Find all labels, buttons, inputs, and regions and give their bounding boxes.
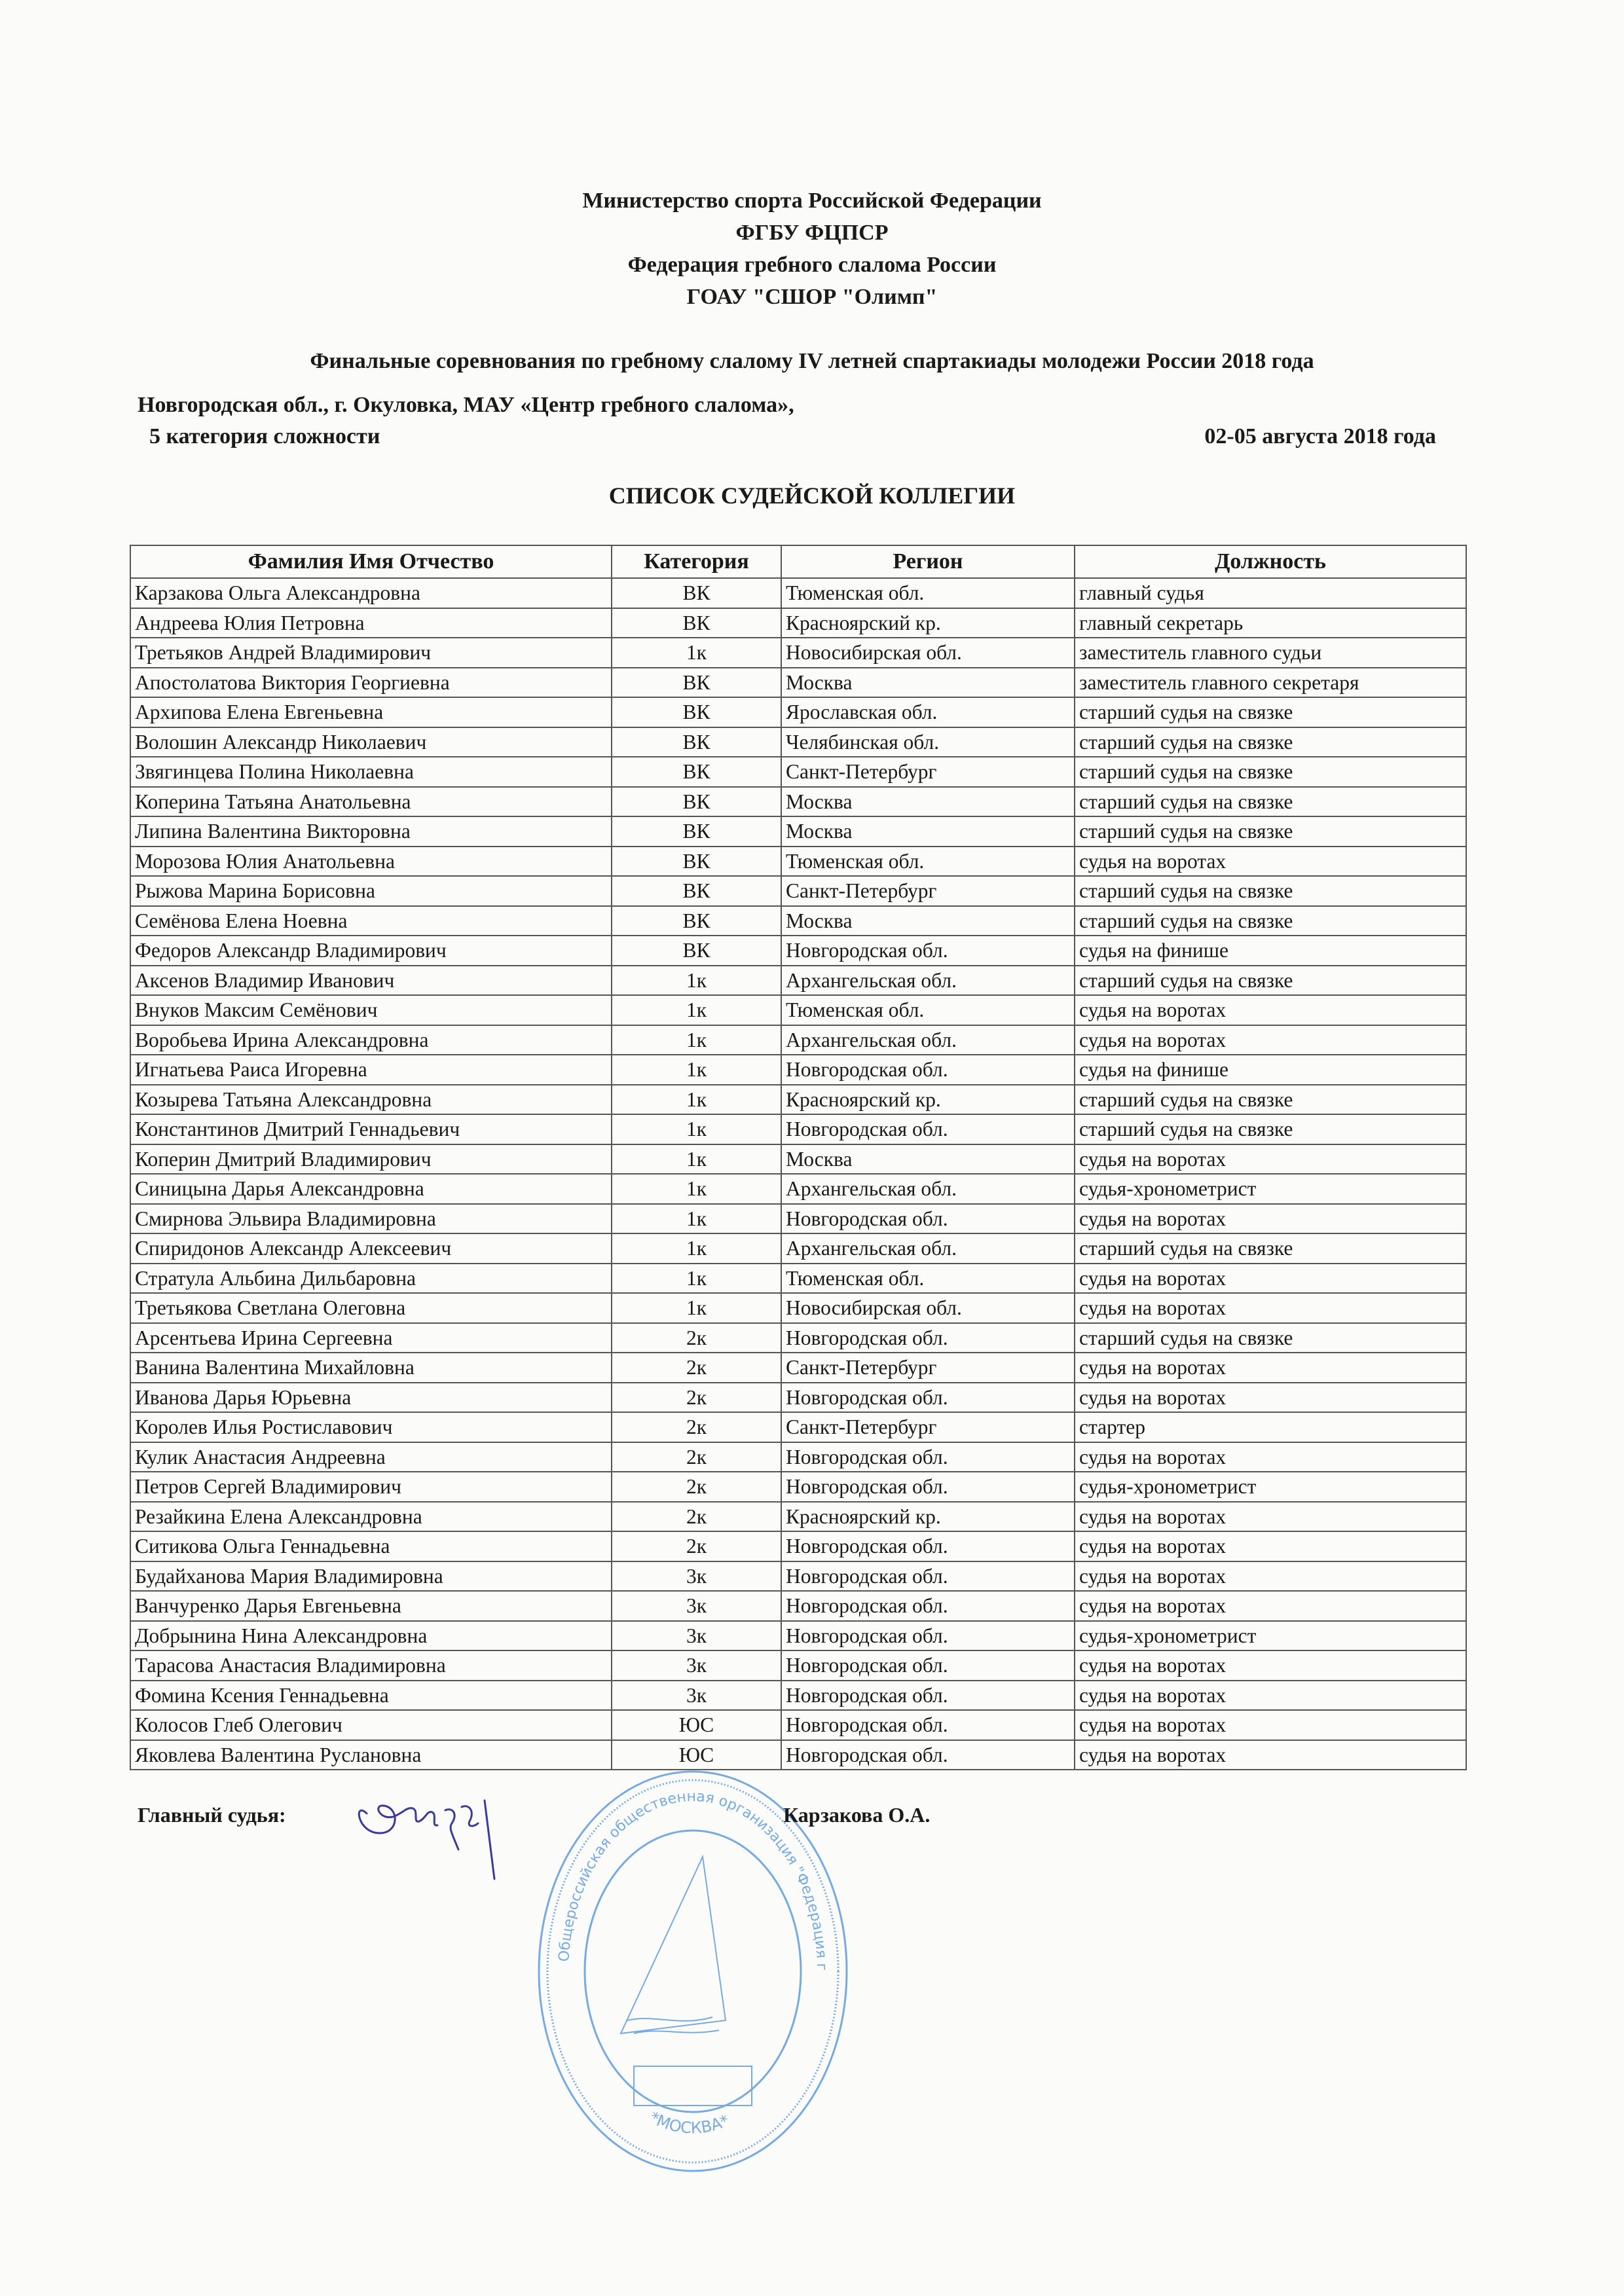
table-row: Аксенов Владимир Иванович1кАрхангельская… [130, 966, 1466, 996]
table-row: Третьякова Светлана Олеговна1кНовосибирс… [130, 1293, 1466, 1323]
judge-position: старший судья на связке [1075, 966, 1466, 996]
judge-name: Арсентьева Ирина Сергеевна [130, 1323, 612, 1353]
judge-region: Красноярский кр. [781, 1085, 1075, 1115]
judge-region: Новгородская обл. [781, 1621, 1075, 1651]
judge-region: Новгородская обл. [781, 1383, 1075, 1413]
judge-region: Новгородская обл. [781, 1650, 1075, 1681]
table-row: Смирнова Эльвира Владимировна1кНовгородс… [130, 1204, 1466, 1234]
judge-category: 3к [612, 1591, 781, 1621]
column-header-position: Должность [1075, 545, 1466, 578]
table-row: Третьяков Андрей Владимирович1кНовосибир… [130, 638, 1466, 668]
judge-position: судья на воротах [1075, 1681, 1466, 1711]
judge-region: Тюменская обл. [781, 847, 1075, 877]
judge-position: старший судья на связке [1075, 876, 1466, 906]
judge-position: судья на воротах [1075, 1383, 1466, 1413]
judge-region: Новгородская обл. [781, 936, 1075, 966]
judge-category: 2к [612, 1412, 781, 1442]
difficulty-category: 5 категория сложности [149, 424, 380, 449]
judge-category: ВК [612, 816, 781, 847]
judge-name: Волошин Александр Николаевич [130, 727, 612, 757]
judge-name: Иванова Дарья Юрьевна [130, 1383, 612, 1413]
judge-position: старший судья на связке [1075, 727, 1466, 757]
table-row: Архипова Елена ЕвгеньевнаВКЯрославская о… [130, 697, 1466, 727]
judge-region: Архангельская обл. [781, 1233, 1075, 1264]
judge-category: 1к [612, 1293, 781, 1323]
judge-name: Архипова Елена Евгеньевна [130, 697, 612, 727]
judge-position: судья на воротах [1075, 1561, 1466, 1592]
judge-category: ВК [612, 906, 781, 936]
table-row: Добрынина Нина Александровна3кНовгородск… [130, 1621, 1466, 1651]
table-row: Коперин Дмитрий Владимирович1кМосквасудь… [130, 1144, 1466, 1175]
judge-position: старший судья на связке [1075, 1233, 1466, 1264]
judge-name: Тарасова Анастасия Владимировна [130, 1650, 612, 1681]
judge-position: старший судья на связке [1075, 1323, 1466, 1353]
judge-category: ВК [612, 787, 781, 817]
judge-region: Санкт-Петербург [781, 757, 1075, 787]
judge-region: Новгородская обл. [781, 1531, 1075, 1561]
judge-region: Тюменская обл. [781, 578, 1075, 608]
list-title: СПИСОК СУДЕЙСКОЙ КОЛЛЕГИИ [0, 482, 1624, 509]
judge-category: ВК [612, 727, 781, 757]
judge-category: 2к [612, 1472, 781, 1502]
judge-position: судья на воротах [1075, 1502, 1466, 1532]
table-row: Кулик Анастасия Андреевна2кНовгородская … [130, 1442, 1466, 1472]
judges-table-body: Карзакова Ольга АлександровнаВКТюменская… [130, 578, 1466, 1770]
judge-position: судья на воротах [1075, 1353, 1466, 1383]
judge-position: старший судья на связке [1075, 757, 1466, 787]
judge-category: 1к [612, 1204, 781, 1234]
judge-region: Новгородская обл. [781, 1114, 1075, 1144]
judge-category: ВК [612, 936, 781, 966]
event-title: Финальные соревнования по гребному слало… [0, 349, 1624, 374]
judge-position: главный судья [1075, 578, 1466, 608]
judge-name: Андреева Юлия Петровна [130, 608, 612, 638]
judge-category: 1к [612, 1085, 781, 1115]
judge-position: судья на воротах [1075, 1442, 1466, 1472]
judges-table: Фамилия Имя Отчество Категория Регион До… [130, 545, 1467, 1770]
judge-position: судья на воротах [1075, 1293, 1466, 1323]
judge-name: Рыжова Марина Борисовна [130, 876, 612, 906]
table-row: Морозова Юлия АнатольевнаВКТюменская обл… [130, 847, 1466, 877]
judge-name: Карзакова Ольга Александровна [130, 578, 612, 608]
judge-region: Новгородская обл. [781, 1710, 1075, 1740]
judge-position: старший судья на связке [1075, 1085, 1466, 1115]
judge-name: Ситикова Ольга Геннадьевна [130, 1531, 612, 1561]
judge-position: судья-хронометрист [1075, 1621, 1466, 1651]
table-row: Внуков Максим Семёнович1кТюменская обл.с… [130, 995, 1466, 1025]
judge-category: ВК [612, 697, 781, 727]
chief-judge-label: Главный судья: [138, 1803, 286, 1827]
judge-category: ЮС [612, 1710, 781, 1740]
judge-name: Липина Валентина Викторовна [130, 816, 612, 847]
judge-category: 3к [612, 1681, 781, 1711]
judge-name: Королев Илья Ростиславович [130, 1412, 612, 1442]
judge-name: Внуков Максим Семёнович [130, 995, 612, 1025]
judge-region: Новгородская обл. [781, 1204, 1075, 1234]
judge-position: судья на воротах [1075, 1591, 1466, 1621]
judge-position: заместитель главного судьи [1075, 638, 1466, 668]
judge-name: Морозова Юлия Анатольевна [130, 847, 612, 877]
judge-region: Москва [781, 906, 1075, 936]
judge-position: судья на воротах [1075, 1710, 1466, 1740]
table-row: Будайханова Мария Владимировна3кНовгород… [130, 1561, 1466, 1592]
table-row: Резайкина Елена Александровна2кКрасноярс… [130, 1502, 1466, 1532]
judge-position: судья на воротах [1075, 1144, 1466, 1175]
column-header-region: Регион [781, 545, 1075, 578]
judge-name: Звягинцева Полина Николаевна [130, 757, 612, 787]
judge-region: Москва [781, 1144, 1075, 1175]
judge-region: Санкт-Петербург [781, 1353, 1075, 1383]
judge-region: Новгородская обл. [781, 1442, 1075, 1472]
ministry-heading: Министерство спорта Российской Федерации [0, 189, 1624, 213]
judge-category: 1к [612, 1144, 781, 1175]
stamp-outer-text: Общероссийская общественная организация … [529, 1758, 830, 1971]
judge-position: старший судья на связке [1075, 697, 1466, 727]
table-row: Фомина Ксения Геннадьевна3кНовгородская … [130, 1681, 1466, 1711]
judge-position: старший судья на связке [1075, 816, 1466, 847]
chief-judge-name: Карзакова О.А. [783, 1803, 930, 1827]
federation-heading: Федерация гребного слалома России [0, 253, 1624, 278]
venue: Новгородская обл., г. Окуловка, МАУ «Цен… [138, 393, 794, 418]
column-header-category: Категория [612, 545, 781, 578]
table-row: Карзакова Ольга АлександровнаВКТюменская… [130, 578, 1466, 608]
judge-position: судья на воротах [1075, 1531, 1466, 1561]
judge-category: 1к [612, 1055, 781, 1085]
judge-region: Новгородская обл. [781, 1681, 1075, 1711]
judge-category: 2к [612, 1383, 781, 1413]
table-row: Петров Сергей Владимирович2кНовгородская… [130, 1472, 1466, 1502]
table-row: Королев Илья Ростиславович2кСанкт-Петерб… [130, 1412, 1466, 1442]
judge-category: ВК [612, 847, 781, 877]
judge-name: Семёнова Елена Ноевна [130, 906, 612, 936]
judge-region: Москва [781, 668, 1075, 698]
judge-name: Константинов Дмитрий Геннадьевич [130, 1114, 612, 1144]
judge-position: судья на воротах [1075, 1264, 1466, 1294]
table-row: Игнатьева Раиса Игоревна1кНовгородская о… [130, 1055, 1466, 1085]
column-header-name: Фамилия Имя Отчество [130, 545, 612, 578]
judge-category: ВК [612, 578, 781, 608]
table-row: Рыжова Марина БорисовнаВКСанкт-Петербург… [130, 876, 1466, 906]
judge-position: заместитель главного секретаря [1075, 668, 1466, 698]
table-header-row: Фамилия Имя Отчество Категория Регион До… [130, 545, 1466, 578]
judge-category: ВК [612, 876, 781, 906]
judge-category: 2к [612, 1502, 781, 1532]
judge-position: судья на финише [1075, 936, 1466, 966]
judge-name: Спиридонов Александр Алексеевич [130, 1233, 612, 1264]
judge-region: Красноярский кр. [781, 608, 1075, 638]
table-row: Волошин Александр НиколаевичВКЧелябинска… [130, 727, 1466, 757]
table-row: Иванова Дарья Юрьевна2кНовгородская обл.… [130, 1383, 1466, 1413]
judge-region: Челябинская обл. [781, 727, 1075, 757]
table-row: Ванчуренко Дарья Евгеньевна3кНовгородска… [130, 1591, 1466, 1621]
judge-name: Резайкина Елена Александровна [130, 1502, 612, 1532]
table-row: Апостолатова Виктория ГеоргиевнаВКМосква… [130, 668, 1466, 698]
table-row: Синицына Дарья Александровна1кАрхангельс… [130, 1174, 1466, 1204]
judge-region: Архангельская обл. [781, 966, 1075, 996]
judge-name: Третьякова Светлана Олеговна [130, 1293, 612, 1323]
judge-name: Стратула Альбина Дильбаровна [130, 1264, 612, 1294]
judge-position: судья на воротах [1075, 1740, 1466, 1770]
judge-region: Новгородская обл. [781, 1472, 1075, 1502]
judge-name: Добрынина Нина Александровна [130, 1621, 612, 1651]
table-row: Спиридонов Александр Алексеевич1кАрханге… [130, 1233, 1466, 1264]
judge-name: Третьяков Андрей Владимирович [130, 638, 612, 668]
judge-category: 1к [612, 1174, 781, 1204]
judge-category: ВК [612, 608, 781, 638]
judge-name: Аксенов Владимир Иванович [130, 966, 612, 996]
judge-region: Архангельская обл. [781, 1174, 1075, 1204]
judge-name: Петров Сергей Владимирович [130, 1472, 612, 1502]
fgbu-heading: ФГБУ ФЦПСР [0, 221, 1624, 246]
judge-name: Фомина Ксения Геннадьевна [130, 1681, 612, 1711]
judge-position: главный секретарь [1075, 608, 1466, 638]
judge-category: 1к [612, 1264, 781, 1294]
judge-name: Апостолатова Виктория Георгиевна [130, 668, 612, 698]
judge-category: 3к [612, 1621, 781, 1651]
table-row: Липина Валентина ВикторовнаВКМосквастарш… [130, 816, 1466, 847]
judge-name: Смирнова Эльвира Владимировна [130, 1204, 612, 1234]
table-row: Ванина Валентина Михайловна2кСанкт-Петер… [130, 1353, 1466, 1383]
table-row: Воробьева Ирина Александровна1кАрхангель… [130, 1025, 1466, 1055]
table-row: Федоров Александр ВладимировичВКНовгород… [130, 936, 1466, 966]
judge-position: стартер [1075, 1412, 1466, 1442]
judge-position: судья на воротах [1075, 1025, 1466, 1055]
judge-name: Козырева Татьяна Александровна [130, 1085, 612, 1115]
judge-category: ВК [612, 668, 781, 698]
judge-region: Тюменская обл. [781, 995, 1075, 1025]
judge-category: 1к [612, 1114, 781, 1144]
judge-name: Будайханова Мария Владимировна [130, 1561, 612, 1592]
judge-name: Федоров Александр Владимирович [130, 936, 612, 966]
table-row: Андреева Юлия ПетровнаВККрасноярский кр.… [130, 608, 1466, 638]
table-row: Козырева Татьяна Александровна1кКраснояр… [130, 1085, 1466, 1115]
judge-category: 1к [612, 1025, 781, 1055]
judge-region: Новгородская обл. [781, 1561, 1075, 1592]
judge-name: Колосов Глеб Олегович [130, 1710, 612, 1740]
table-row: Тарасова Анастасия Владимировна3кНовгоро… [130, 1650, 1466, 1681]
judge-position: судья на воротах [1075, 847, 1466, 877]
judge-category: 2к [612, 1531, 781, 1561]
judge-region: Москва [781, 816, 1075, 847]
judge-name: Воробьева Ирина Александровна [130, 1025, 612, 1055]
judge-category: 2к [612, 1442, 781, 1472]
judge-region: Красноярский кр. [781, 1502, 1075, 1532]
judge-position: судья на воротах [1075, 1650, 1466, 1681]
judge-region: Новгородская обл. [781, 1055, 1075, 1085]
judge-position: старший судья на связке [1075, 906, 1466, 936]
judge-region: Новгородская обл. [781, 1323, 1075, 1353]
judge-region: Тюменская обл. [781, 1264, 1075, 1294]
judge-position: старший судья на связке [1075, 787, 1466, 817]
school-heading: ГОАУ "СШОР "Олимп" [0, 285, 1624, 310]
judge-region: Москва [781, 787, 1075, 817]
judge-category: 1к [612, 995, 781, 1025]
table-row: Арсентьева Ирина Сергеевна2кНовгородская… [130, 1323, 1466, 1353]
judge-category: 3к [612, 1561, 781, 1592]
judge-region: Санкт-Петербург [781, 1412, 1075, 1442]
judge-name: Синицына Дарья Александровна [130, 1174, 612, 1204]
table-row: Звягинцева Полина НиколаевнаВКСанкт-Пете… [130, 757, 1466, 787]
judge-category: ВК [612, 757, 781, 787]
table-row: Ситикова Ольга Геннадьевна2кНовгородская… [130, 1531, 1466, 1561]
judge-category: 1к [612, 638, 781, 668]
table-row: Семёнова Елена НоевнаВКМосквастарший суд… [130, 906, 1466, 936]
judge-region: Новосибирская обл. [781, 638, 1075, 668]
svg-text:Общероссийская общественная ор: Общероссийская общественная организация … [529, 1758, 830, 1971]
judge-name: Кулик Анастасия Андреевна [130, 1442, 612, 1472]
signature [354, 1787, 550, 1918]
judge-name: Коперин Дмитрий Владимирович [130, 1144, 612, 1175]
table-row: Константинов Дмитрий Геннадьевич1кНовгор… [130, 1114, 1466, 1144]
judge-position: судья-хронометрист [1075, 1174, 1466, 1204]
table-row: Коперина Татьяна АнатольевнаВКМосквастар… [130, 787, 1466, 817]
judge-position: старший судья на связке [1075, 1114, 1466, 1144]
judge-category: 1к [612, 966, 781, 996]
judge-position: судья на воротах [1075, 1204, 1466, 1234]
judge-category: 2к [612, 1323, 781, 1353]
judge-position: судья на финише [1075, 1055, 1466, 1085]
event-dates: 02-05 августа 2018 года [1204, 424, 1436, 449]
judge-position: судья-хронометрист [1075, 1472, 1466, 1502]
judge-name: Ванина Валентина Михайловна [130, 1353, 612, 1383]
judge-name: Ванчуренко Дарья Евгеньевна [130, 1591, 612, 1621]
table-row: Колосов Глеб ОлеговичЮСНовгородская обл.… [130, 1710, 1466, 1740]
judge-category: 2к [612, 1353, 781, 1383]
judge-name: Коперина Татьяна Анатольевна [130, 787, 612, 817]
judge-category: 1к [612, 1233, 781, 1264]
judge-region: Новосибирская обл. [781, 1293, 1075, 1323]
judge-category: 3к [612, 1650, 781, 1681]
judge-region: Санкт-Петербург [781, 876, 1075, 906]
table-row: Стратула Альбина Дильбаровна1кТюменская … [130, 1264, 1466, 1294]
judge-region: Новгородская обл. [781, 1591, 1075, 1621]
judge-name: Игнатьева Раиса Игоревна [130, 1055, 612, 1085]
judge-region: Ярославская обл. [781, 697, 1075, 727]
judge-position: судья на воротах [1075, 995, 1466, 1025]
judge-region: Архангельская обл. [781, 1025, 1075, 1055]
